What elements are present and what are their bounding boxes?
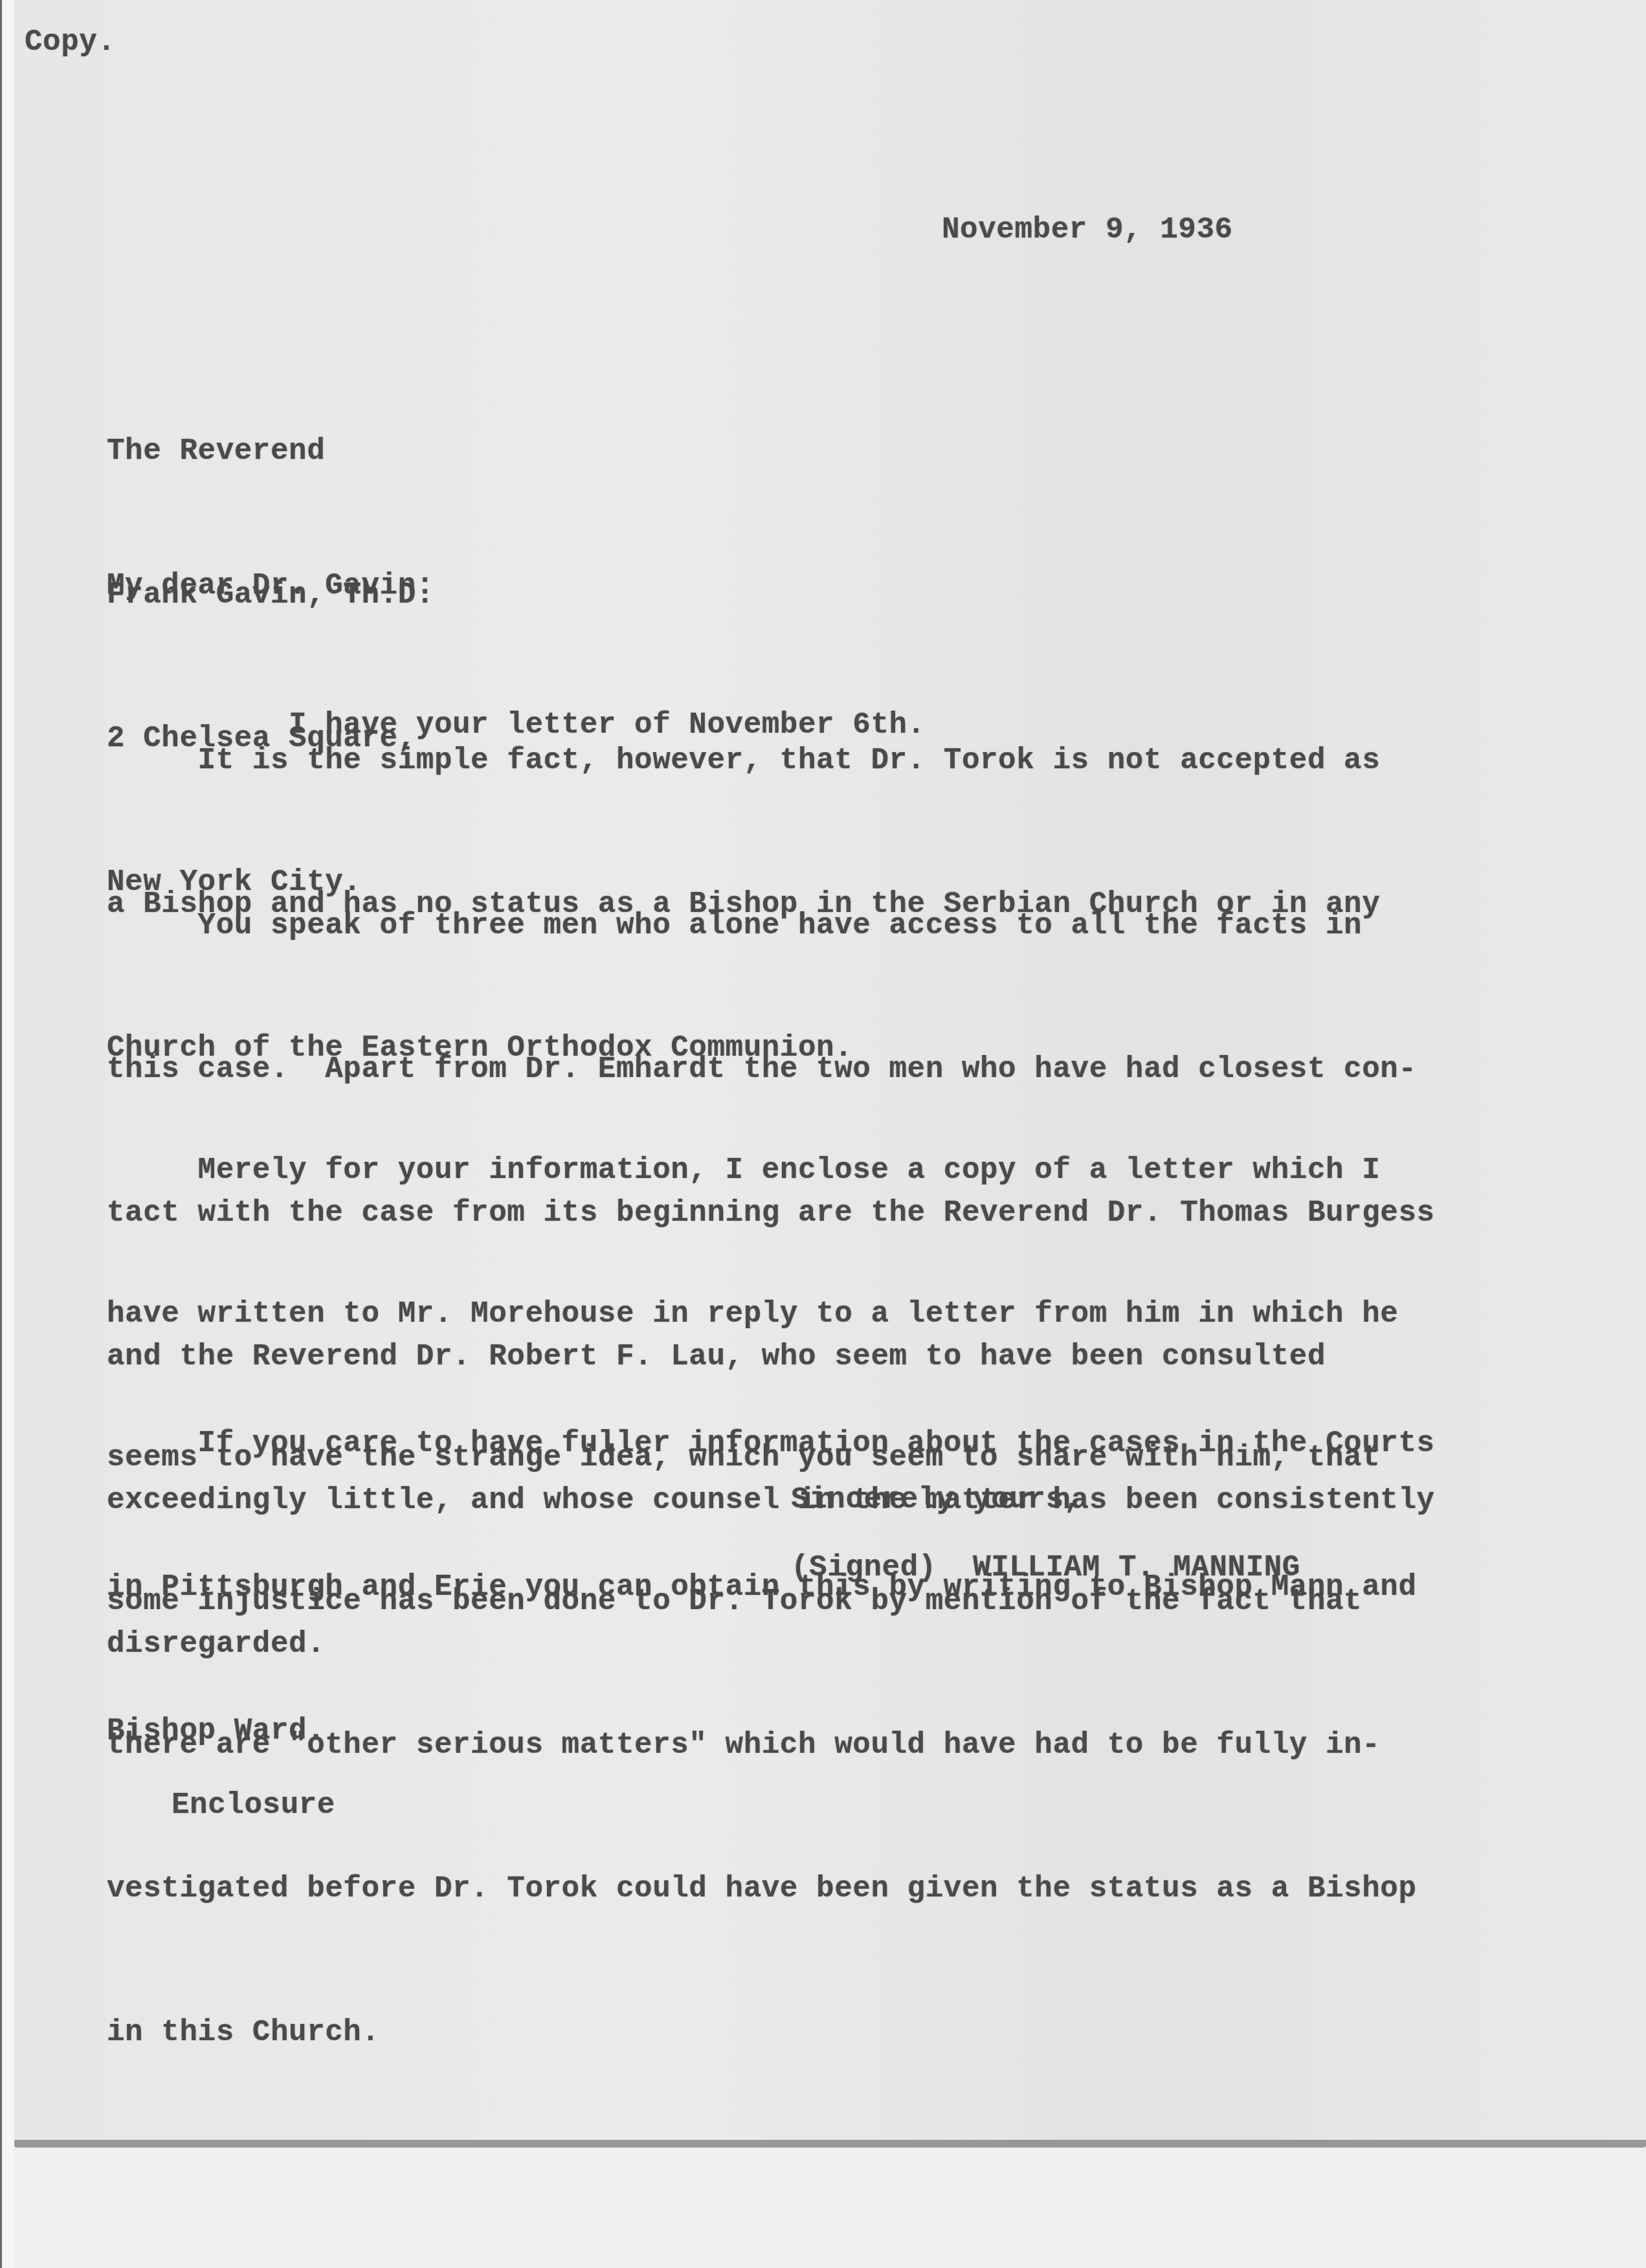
copy-marker: Copy. [25, 18, 116, 66]
enclosure-note: Enclosure [172, 1781, 335, 1829]
body-line: vestigated before Dr. Torok could have b… [107, 1865, 1563, 1913]
signature-block: (Signed) WILLIAM T. MANNING [791, 1544, 1300, 1592]
letter-date: November 9, 1936 [942, 206, 1233, 254]
body-line: You speak of three men who alone have ac… [107, 902, 1563, 950]
body-line: Merely for your information, I enclose a… [107, 1146, 1563, 1194]
paper-bottom-edge-shadow [14, 2140, 1646, 2148]
salutation: My dear Dr. Gavin: [107, 562, 434, 610]
closing: Sincerely yours, [791, 1476, 1082, 1524]
recipient-line: The Reverend [107, 427, 434, 475]
signature-prefix: (Signed) [791, 1551, 937, 1584]
scan-left-border [0, 0, 14, 2268]
signature-name: WILLIAM T. MANNING [973, 1551, 1300, 1584]
body-line: in this Church. [107, 2008, 1563, 2056]
body-line: If you care to have fuller information a… [107, 1419, 1563, 1467]
body-line: Bishop Ward. [107, 1707, 1563, 1755]
scanner-bed-background [14, 2148, 1646, 2268]
body-line: It is the simple fact, however, that Dr.… [107, 737, 1563, 784]
